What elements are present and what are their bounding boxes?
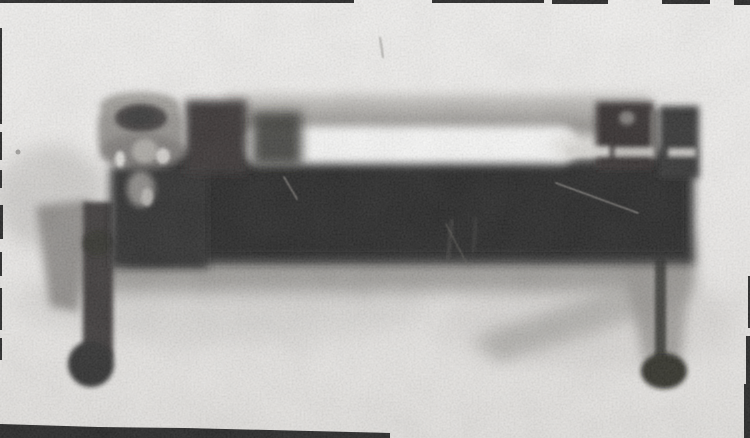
photo-shapes [0, 0, 750, 438]
photograph [0, 0, 750, 438]
photo-svg [0, 0, 750, 438]
grain-overlay [0, 0, 750, 438]
